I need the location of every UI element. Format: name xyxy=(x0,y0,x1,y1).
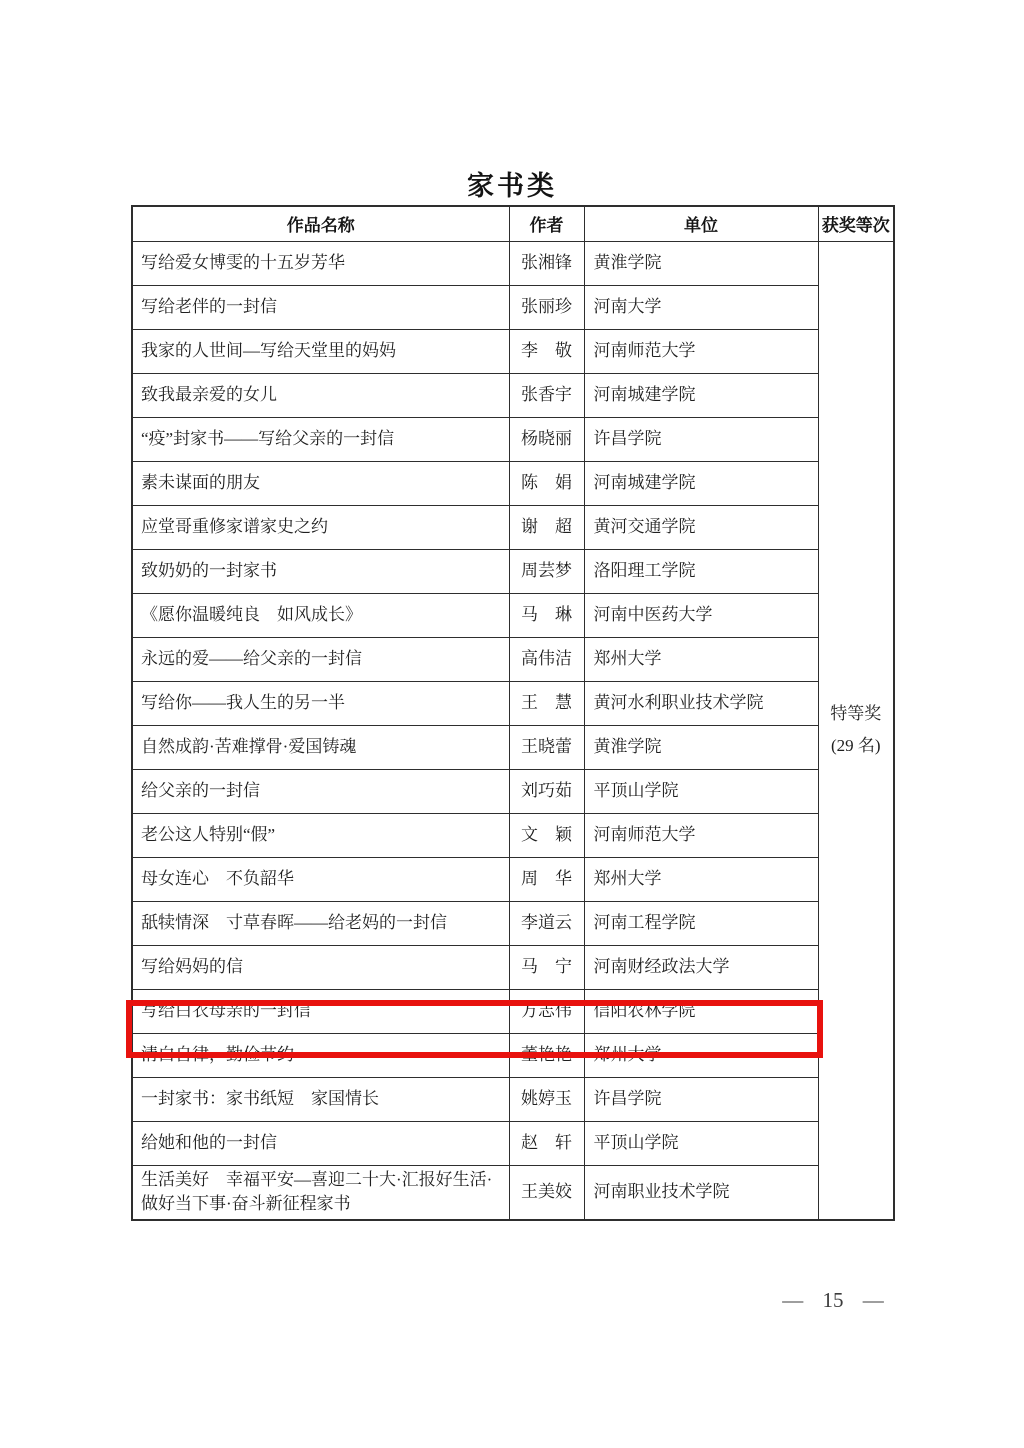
author-cell: 杨晓丽 xyxy=(509,417,584,461)
work-title-cell: “疫”封家书——写给父亲的一封信 xyxy=(132,417,509,461)
work-title-cell: 写给妈妈的信 xyxy=(132,945,509,989)
author-cell: 方志伟 xyxy=(509,989,584,1033)
author-cell: 李道云 xyxy=(509,901,584,945)
work-title-cell: 致我最亲爱的女儿 xyxy=(132,373,509,417)
organization-cell: 许昌学院 xyxy=(584,417,818,461)
work-title-cell: 清白自律，勤俭节约 xyxy=(132,1033,509,1077)
author-cell: 谢 超 xyxy=(509,505,584,549)
organization-cell: 平顶山学院 xyxy=(584,769,818,813)
work-title-cell: 致奶奶的一封家书 xyxy=(132,549,509,593)
table-row: 老公这人特别“假” 文 颖 河南师范大学 xyxy=(132,813,894,857)
work-title-cell: 给她和他的一封信 xyxy=(132,1121,509,1165)
author-cell: 文 颖 xyxy=(509,813,584,857)
author-cell: 赵 轩 xyxy=(509,1121,584,1165)
organization-cell: 河南工程学院 xyxy=(584,901,818,945)
work-title-cell: 生活美好 幸福平安—喜迎二十大·汇报好生活·做好当下事·奋斗新征程家书 xyxy=(132,1165,509,1220)
table-row: 自然成韵·苦难撑骨·爱国铸魂 王晓蕾 黄淮学院 xyxy=(132,725,894,769)
author-cell: 姚婷玉 xyxy=(509,1077,584,1121)
organization-cell: 许昌学院 xyxy=(584,1077,818,1121)
organization-cell: 黄淮学院 xyxy=(584,725,818,769)
table-row: 致奶奶的一封家书 周芸梦 洛阳理工学院 xyxy=(132,549,894,593)
table-row: 我家的人世间—写给天堂里的妈妈 李 敬 河南师范大学 xyxy=(132,329,894,373)
organization-cell: 黄河水利职业技术学院 xyxy=(584,681,818,725)
work-title-cell: 舐犊情深 寸草春晖——给老妈的一封信 xyxy=(132,901,509,945)
organization-cell: 平顶山学院 xyxy=(584,1121,818,1165)
organization-cell: 洛阳理工学院 xyxy=(584,549,818,593)
table-row: 应堂哥重修家谱家史之约 谢 超 黄河交通学院 xyxy=(132,505,894,549)
table-row: 写给你——我人生的另一半 王 慧 黄河水利职业技术学院 xyxy=(132,681,894,725)
organization-cell: 郑州大学 xyxy=(584,1033,818,1077)
table-row: 母女连心 不负韶华 周 华 郑州大学 xyxy=(132,857,894,901)
table-row: 永远的爱——给父亲的一封信 高伟洁 郑州大学 xyxy=(132,637,894,681)
author-cell: 王美姣 xyxy=(509,1165,584,1220)
award-table: 作品名称 作者 单位 获奖等次 写给爱女博雯的十五岁芳华 张湘锋 黄淮学院 特等… xyxy=(131,205,895,1221)
organization-cell: 郑州大学 xyxy=(584,637,818,681)
organization-cell: 河南城建学院 xyxy=(584,461,818,505)
table-row: 一封家书：家书纸短 家国情长 姚婷玉 许昌学院 xyxy=(132,1077,894,1121)
work-title-cell: 自然成韵·苦难撑骨·爱国铸魂 xyxy=(132,725,509,769)
author-cell: 王晓蕾 xyxy=(509,725,584,769)
work-title-cell: 素未谋面的朋友 xyxy=(132,461,509,505)
table-row: 清白自律，勤俭节约 董艳艳 郑州大学 xyxy=(132,1033,894,1077)
page-title: 家书类 xyxy=(0,164,1024,203)
table-row: 给父亲的一封信 刘巧茹 平顶山学院 xyxy=(132,769,894,813)
header-organization: 单位 xyxy=(584,206,818,241)
organization-cell: 郑州大学 xyxy=(584,857,818,901)
work-title-cell: 写给老伴的一封信 xyxy=(132,285,509,329)
author-cell: 陈 娟 xyxy=(509,461,584,505)
author-cell: 周 华 xyxy=(509,857,584,901)
table-row: “疫”封家书——写给父亲的一封信 杨晓丽 许昌学院 xyxy=(132,417,894,461)
table-row: 舐犊情深 寸草春晖——给老妈的一封信 李道云 河南工程学院 xyxy=(132,901,894,945)
work-title-cell: 应堂哥重修家谱家史之约 xyxy=(132,505,509,549)
table-row: 写给爱女博雯的十五岁芳华 张湘锋 黄淮学院 特等奖(29 名) xyxy=(132,241,894,285)
table-row: 写给老伴的一封信 张丽珍 河南大学 xyxy=(132,285,894,329)
author-cell: 张丽珍 xyxy=(509,285,584,329)
table-row: 素未谋面的朋友 陈 娟 河南城建学院 xyxy=(132,461,894,505)
table-row: 《愿你温暖纯良 如风成长》 马 琳 河南中医药大学 xyxy=(132,593,894,637)
organization-cell: 河南中医药大学 xyxy=(584,593,818,637)
table-body: 写给爱女博雯的十五岁芳华 张湘锋 黄淮学院 特等奖(29 名) 写给老伴的一封信… xyxy=(132,241,894,1220)
author-cell: 周芸梦 xyxy=(509,549,584,593)
organization-cell: 河南城建学院 xyxy=(584,373,818,417)
work-title-cell: 母女连心 不负韶华 xyxy=(132,857,509,901)
author-cell: 李 敬 xyxy=(509,329,584,373)
table-row: 写给妈妈的信 马 宁 河南财经政法大学 xyxy=(132,945,894,989)
author-cell: 马 宁 xyxy=(509,945,584,989)
work-title-cell: 写给爱女博雯的十五岁芳华 xyxy=(132,241,509,285)
organization-cell: 河南师范大学 xyxy=(584,813,818,857)
award-rank-line1: 特等奖 xyxy=(821,698,892,730)
page-number: — 15 — xyxy=(758,1288,908,1313)
organization-cell: 河南大学 xyxy=(584,285,818,329)
author-cell: 董艳艳 xyxy=(509,1033,584,1077)
work-title-cell: 老公这人特别“假” xyxy=(132,813,509,857)
header-award-rank: 获奖等次 xyxy=(818,206,894,241)
author-cell: 张湘锋 xyxy=(509,241,584,285)
work-title-cell: 《愿你温暖纯良 如风成长》 xyxy=(132,593,509,637)
organization-cell: 黄河交通学院 xyxy=(584,505,818,549)
work-title-cell: 写给你——我人生的另一半 xyxy=(132,681,509,725)
work-title-cell: 永远的爱——给父亲的一封信 xyxy=(132,637,509,681)
table-header-row: 作品名称 作者 单位 获奖等次 xyxy=(132,206,894,241)
organization-cell: 河南财经政法大学 xyxy=(584,945,818,989)
organization-cell: 黄淮学院 xyxy=(584,241,818,285)
table-row: 致我最亲爱的女儿 张香宇 河南城建学院 xyxy=(132,373,894,417)
author-cell: 张香宇 xyxy=(509,373,584,417)
author-cell: 高伟洁 xyxy=(509,637,584,681)
header-author: 作者 xyxy=(509,206,584,241)
author-cell: 刘巧茹 xyxy=(509,769,584,813)
work-title-cell: 写给白衣母亲的一封信 xyxy=(132,989,509,1033)
table-row: 生活美好 幸福平安—喜迎二十大·汇报好生活·做好当下事·奋斗新征程家书 王美姣 … xyxy=(132,1165,894,1220)
header-work-title: 作品名称 xyxy=(132,206,509,241)
author-cell: 马 琳 xyxy=(509,593,584,637)
award-rank-cell: 特等奖(29 名) xyxy=(818,241,894,1220)
work-title-cell: 我家的人世间—写给天堂里的妈妈 xyxy=(132,329,509,373)
organization-cell: 信阳农林学院 xyxy=(584,989,818,1033)
work-title-cell: 给父亲的一封信 xyxy=(132,769,509,813)
author-cell: 王 慧 xyxy=(509,681,584,725)
organization-cell: 河南师范大学 xyxy=(584,329,818,373)
award-rank-line2: (29 名) xyxy=(821,730,892,762)
organization-cell: 河南职业技术学院 xyxy=(584,1165,818,1220)
work-title-cell: 一封家书：家书纸短 家国情长 xyxy=(132,1077,509,1121)
table-row: 给她和他的一封信 赵 轩 平顶山学院 xyxy=(132,1121,894,1165)
table-row-highlighted: 写给白衣母亲的一封信 方志伟 信阳农林学院 xyxy=(132,989,894,1033)
